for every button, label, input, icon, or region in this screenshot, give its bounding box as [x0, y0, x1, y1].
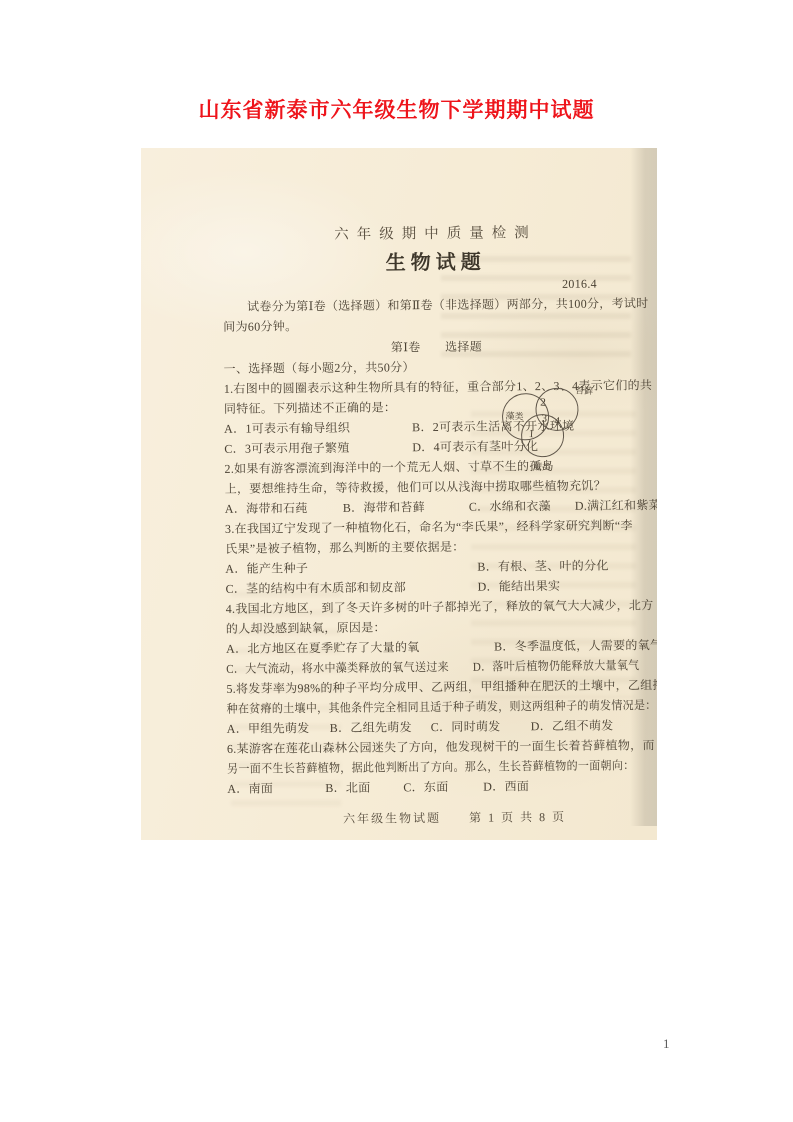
intro-line: 试卷分为第Ⅰ卷（选择题）和第Ⅱ卷（非选择题）两部分，共100分，考试时 [223, 293, 649, 317]
question-stem-line: 4.我国北方地区，到了冬天许多树的叶子都掉光了，释放的氧气大大减少，北方 [226, 595, 652, 619]
scanned-paper: 六年级期中质量检测 生物试题 2016.4 试卷分为第Ⅰ卷（选择题）和第Ⅱ卷（非… [141, 148, 657, 840]
subject-title: 生物试题 [223, 251, 649, 275]
option-c: C．同时萌发 [431, 716, 531, 737]
option-c: C．茎的结构中有木质部和韧皮部 [225, 577, 477, 599]
question-stem-line: 另一面不生长苔藓植物，据此他判断出了方向。那么，生长苔藓植物的一面朝向： [227, 755, 619, 778]
page-number: 1 [663, 1036, 670, 1052]
option-c: C．东面 [403, 777, 483, 798]
question-3: 3.在我国辽宁发现了一种植物化石，命名为“李氏果”，经科学家研究判断“李 氏果”… [225, 515, 652, 599]
venn-diagram-svg: 藻类 苔藓 蕨类 1 2 3 4 [490, 375, 607, 481]
page-footer: 六年级生物试题 第 1 页 共 8 页 [227, 806, 653, 830]
option-b: B．海带和苔藓 [343, 497, 469, 518]
exam-content: 六年级期中质量检测 生物试题 2016.4 试卷分为第Ⅰ卷（选择题）和第Ⅱ卷（非… [222, 222, 653, 830]
venn-diagram: 藻类 苔藓 蕨类 1 2 3 4 [490, 375, 607, 481]
option-d: D．落叶后植物仍能释放大量氧气 [473, 655, 640, 676]
intro-line: 间为60分钟。 [223, 313, 649, 337]
option-d: D.满江红和紫菜 [575, 495, 657, 516]
venn-region-1: 1 [528, 428, 534, 440]
exam-header: 六年级期中质量检测 [222, 222, 648, 246]
document-title: 山东省新泰市六年级生物下学期期中试题 [0, 94, 793, 124]
venn-label-moss: 苔藓 [575, 384, 594, 396]
option-c: C．水绵和衣藻 [469, 496, 575, 517]
venn-region-2: 2 [540, 397, 546, 409]
option-a: A．1可表示有输导组织 [224, 417, 412, 439]
question-5: 5.将发芽率为98%的种子平均分成甲、乙两组，甲组播种在肥沃的土壤中，乙组播 种… [226, 675, 653, 739]
question-6: 6.某游客在莲花山森林公园迷失了方向，他发现树干的一面生长着苔藓植物，而 另一面… [227, 735, 654, 799]
venn-region-3: 3 [541, 413, 548, 425]
option-c: C．大气流动，将水中藻类释放的氧气送过来 [226, 657, 473, 679]
venn-label-fern: 蕨类 [533, 460, 552, 472]
option-d: D．能结出果实 [477, 576, 560, 597]
venn-label-algae: 藻类 [505, 410, 524, 422]
option-b: B．北面 [325, 777, 403, 798]
option-a: A．南面 [227, 778, 325, 799]
option-b: B．冬季温度低，人需要的氧气少 [494, 635, 657, 657]
option-c: C．3可表示用孢子繁殖 [224, 437, 412, 459]
question-stem-line: 3.在我国辽宁发现了一种植物化石，命名为“李氏果”，经科学家研究判断“李 [225, 515, 651, 539]
option-a: A．海带和石莼 [225, 498, 343, 519]
option-b: B．乙组先萌发 [330, 717, 431, 738]
venn-region-4: 4 [554, 415, 561, 427]
option-b: B．有根、茎、叶的分化 [477, 556, 608, 577]
option-d: D．西面 [483, 776, 529, 796]
option-d: D．乙组不萌发 [531, 715, 614, 736]
option-a: A．能产生种子 [225, 557, 477, 579]
question-stem-line: 种在贫瘠的土壤中，其他条件完全相同且适于种子萌发，则这两组种子的萌发情况是： [227, 695, 619, 718]
option-a: A．北方地区在夏季贮存了大量的氧 [226, 637, 494, 659]
option-a: A．甲组先萌发 [227, 718, 330, 739]
question-4: 4.我国北方地区，到了冬天许多树的叶子都掉光了，释放的氧气大大减少，北方 的人却… [226, 595, 653, 679]
